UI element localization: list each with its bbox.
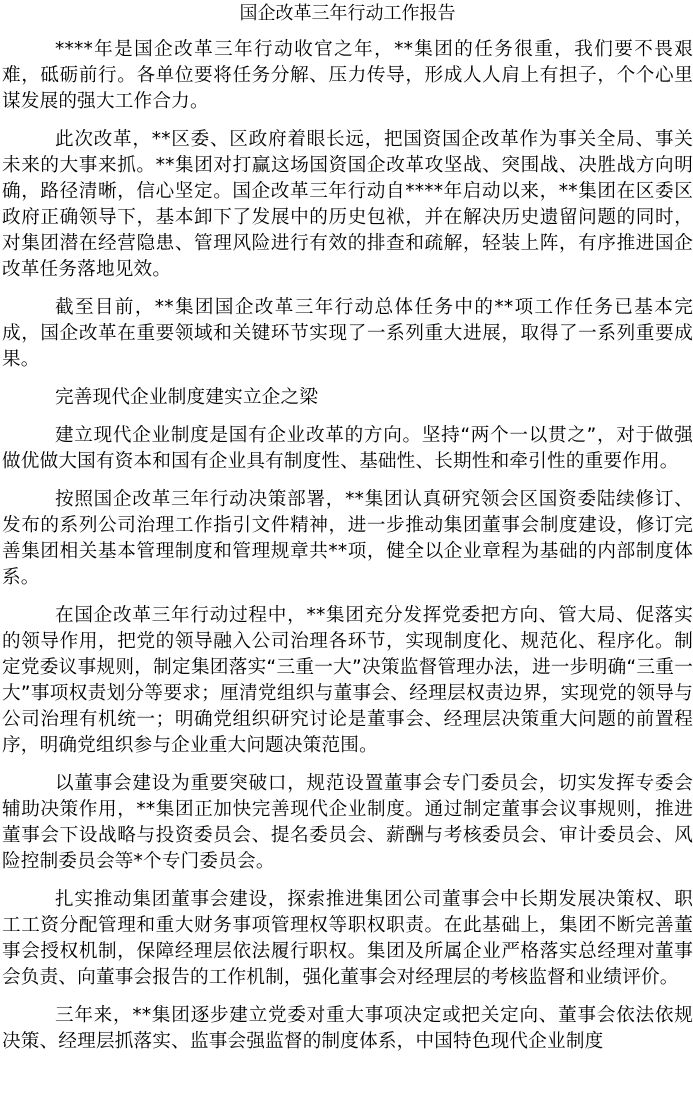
document-title: 国企改革三年行动工作报告 xyxy=(2,1,693,27)
paragraph-reform-background: 此次改革，**区委、区政府着眼长远，把国资国企改革作为事关全局、事关未来的大事来… xyxy=(2,127,693,283)
paragraph-party-leadership: 在国企改革三年行动过程中，**集团充分发挥党委把方向、管大局、促落实的领导作用，… xyxy=(2,603,693,759)
paragraph-modern-enterprise: 建立现代企业制度是国有企业改革的方向。坚持“两个一以贯之”，对于做强做优做大国有… xyxy=(2,423,693,475)
paragraph-intro: ****年是国企改革三年行动收官之年，**集团的任务很重，我们要不畏艰难，砥砺前… xyxy=(2,37,693,115)
paragraph-board-committees: 以董事会建设为重要突破口，规范设置董事会专门委员会，切实发挥专委会辅助决策作用，… xyxy=(2,771,693,875)
paragraph-board-building: 扎实推动集团董事会建设，探索推进集团公司董事会中长期发展决策权、职工工资分配管理… xyxy=(2,887,693,991)
paragraph-governance-docs: 按照国企改革三年行动决策部署，**集团认真研究领会区国资委陆续修订、发布的系列公… xyxy=(2,487,693,591)
document-page: 国企改革三年行动工作报告 ****年是国企改革三年行动收官之年，**集团的任务很… xyxy=(0,1,693,1055)
paragraph-progress: 截至目前，**集团国企改革三年行动总体任务中的**项工作任务已基本完成，国企改革… xyxy=(2,295,693,373)
paragraph-three-years: 三年来，**集团逐步建立党委对重大事项决定或把关定向、董事会依法依规决策、经理层… xyxy=(2,1003,693,1055)
section-heading: 完善现代企业制度建实立企之梁 xyxy=(2,385,693,411)
